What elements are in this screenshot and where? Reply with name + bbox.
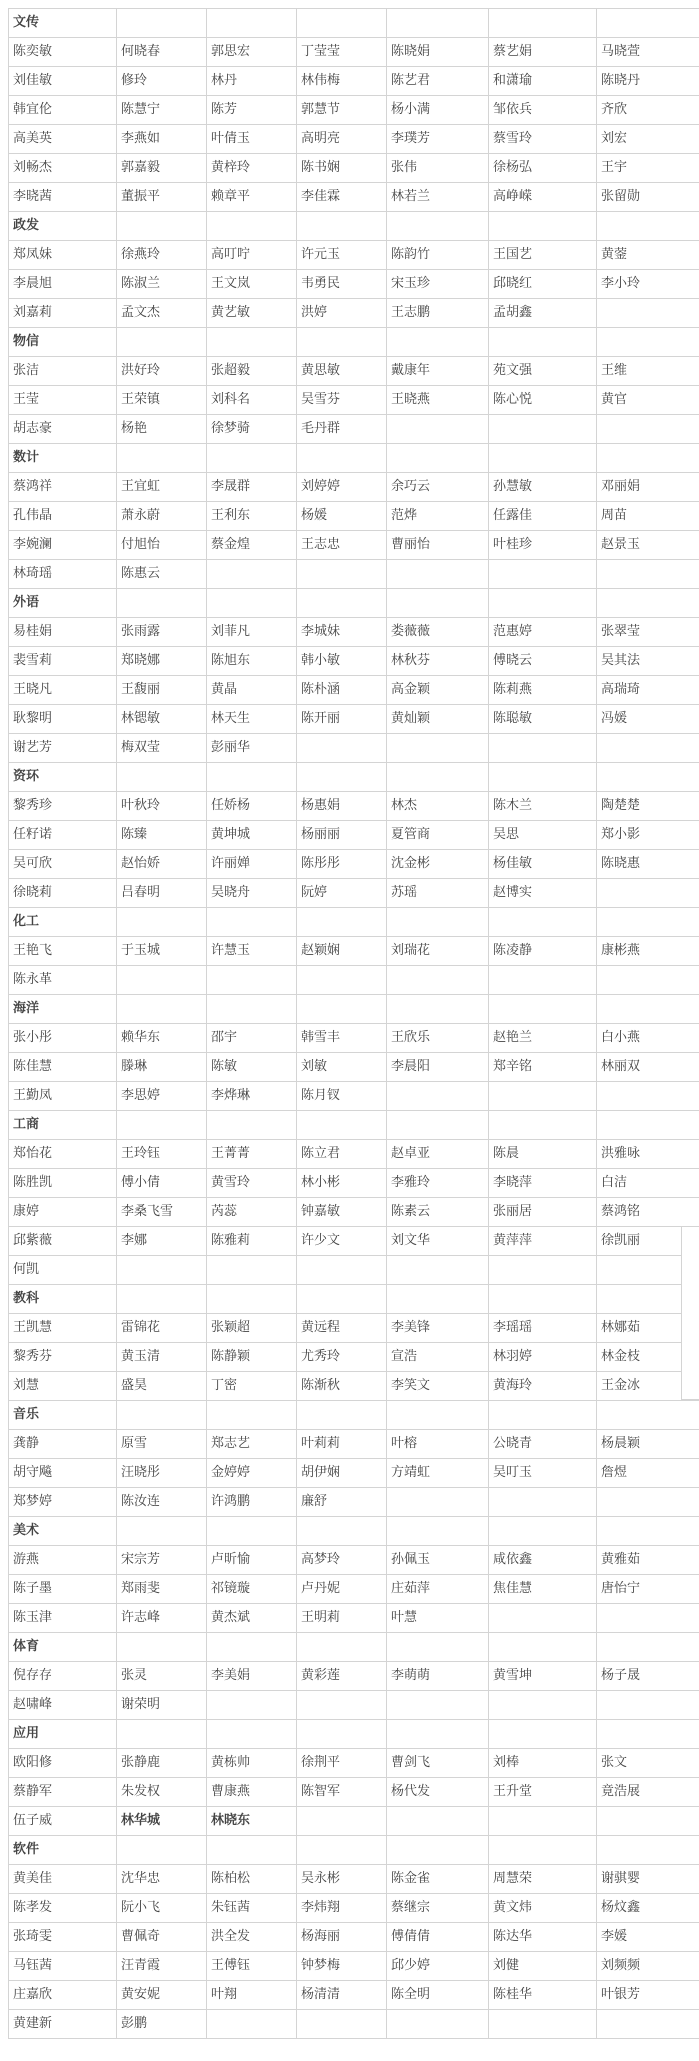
empty-cell — [387, 589, 489, 618]
name-cell: 王莹 — [9, 386, 117, 415]
name-cell: 陈凌静 — [489, 937, 597, 966]
name-cell: 欧阳修 — [9, 1749, 117, 1778]
name-cell: 杨海丽 — [297, 1923, 387, 1952]
name-cell: 韩雪丰 — [297, 1024, 387, 1053]
name-cell: 宋宗芳 — [117, 1546, 207, 1575]
name-cell: 高金颖 — [387, 676, 489, 705]
name-cell: 何凯 — [9, 1256, 117, 1285]
name-cell: 杨炆鑫 — [597, 1894, 699, 1923]
name-cell: 王馥丽 — [117, 676, 207, 705]
roster-table: 文传陈奕敏何晓春郭思宏丁莹莹陈晓娟蔡艺娟马晓萱刘佳敏修玲林丹林伟梅陈艺君和潇瑜陈… — [8, 8, 699, 2039]
name-cell: 陈奕敏 — [9, 38, 117, 67]
name-cell: 沈金彬 — [387, 850, 489, 879]
name-cell: 张留勋 — [597, 183, 699, 212]
empty-cell — [597, 1633, 699, 1662]
name-cell: 高梦玲 — [297, 1546, 387, 1575]
section-header-row: 音乐 — [9, 1401, 699, 1430]
name-cell: 徐燕玲 — [117, 241, 207, 270]
table-row: 邱紫薇李娜陈雅莉许少文刘文华黄萍萍徐凯丽 — [9, 1227, 699, 1256]
empty-cell — [489, 1517, 597, 1546]
table-row: 吴可欣赵怡娇许丽婵陈彤彤沈金彬杨佳敏陈晓惠 — [9, 850, 699, 879]
name-cell: 王傅钰 — [207, 1952, 297, 1981]
name-cell: 傅晓云 — [489, 647, 597, 676]
name-cell: 王国艺 — [489, 241, 597, 270]
name-cell: 吴可欣 — [9, 850, 117, 879]
empty-cell — [489, 908, 597, 937]
table-row: 谢艺芳梅双莹彭丽华 — [9, 734, 699, 763]
empty-cell — [207, 1517, 297, 1546]
name-cell: 黄玉清 — [117, 1343, 207, 1372]
name-cell: 焦佳慧 — [489, 1575, 597, 1604]
name-cell: 庄嘉欣 — [9, 1981, 117, 2010]
empty-cell — [207, 444, 297, 473]
empty-cell — [117, 444, 207, 473]
name-cell: 阮婷 — [297, 879, 387, 908]
name-cell: 余巧云 — [387, 473, 489, 502]
roster-table-body: 文传陈奕敏何晓春郭思宏丁莹莹陈晓娟蔡艺娟马晓萱刘佳敏修玲林丹林伟梅陈艺君和潇瑜陈… — [9, 9, 699, 2039]
empty-cell — [117, 1633, 207, 1662]
empty-cell — [297, 212, 387, 241]
name-cell: 黎秀珍 — [9, 792, 117, 821]
name-cell: 杨代发 — [387, 1778, 489, 1807]
empty-cell — [597, 1807, 699, 1836]
table-row: 张洁洪好玲张超毅黄思敏戴康年苑文强王维 — [9, 357, 699, 386]
name-cell: 黄雅茹 — [597, 1546, 699, 1575]
section-header-row: 物信 — [9, 328, 699, 357]
empty-cell — [387, 1488, 489, 1517]
empty-cell — [489, 444, 597, 473]
name-cell: 张颖超 — [207, 1314, 297, 1343]
name-cell: 孟胡鑫 — [489, 299, 597, 328]
name-cell: 周苗 — [597, 502, 699, 531]
name-cell: 黄雪坤 — [489, 1662, 597, 1691]
name-cell: 唐怡宁 — [597, 1575, 699, 1604]
name-cell: 陈渐秋 — [297, 1372, 387, 1401]
name-cell: 郑小影 — [597, 821, 699, 850]
name-cell: 庄茹萍 — [387, 1575, 489, 1604]
name-cell: 黄坤城 — [207, 821, 297, 850]
empty-cell — [207, 9, 297, 38]
name-cell: 黄梓玲 — [207, 154, 297, 183]
empty-cell — [117, 1285, 207, 1314]
empty-cell — [297, 1836, 387, 1865]
empty-cell — [387, 1836, 489, 1865]
table-row: 张小彤赖华东邵宇韩雪丰王欣乐赵艳兰白小燕 — [9, 1024, 699, 1053]
empty-cell — [489, 212, 597, 241]
name-cell: 叶银芳 — [597, 1981, 699, 2010]
table-row: 欧阳修张静鹿黄栋帅徐荆平曹剑飞刘棒张文 — [9, 1749, 699, 1778]
empty-cell — [297, 560, 387, 589]
name-cell: 林丹 — [207, 67, 297, 96]
name-cell: 许元玉 — [297, 241, 387, 270]
name-cell: 陈朴涵 — [297, 676, 387, 705]
name-cell: 王志忠 — [297, 531, 387, 560]
table-row: 耿黎明林锶敏林天生陈开丽黄灿颖陈聪敏冯媛 — [9, 705, 699, 734]
name-cell: 陈玉津 — [9, 1604, 117, 1633]
empty-cell — [597, 1517, 699, 1546]
name-cell: 叶倩玉 — [207, 125, 297, 154]
empty-cell — [297, 966, 387, 995]
name-cell: 朱钰茜 — [207, 1894, 297, 1923]
name-cell: 吴思 — [489, 821, 597, 850]
name-cell: 范烨 — [387, 502, 489, 531]
name-cell: 丁莹莹 — [297, 38, 387, 67]
name-cell: 陈素云 — [387, 1198, 489, 1227]
name-cell: 叶桂珍 — [489, 531, 597, 560]
name-cell: 刘婷婷 — [297, 473, 387, 502]
name-cell: 裴雪莉 — [9, 647, 117, 676]
name-cell: 叶莉莉 — [297, 1430, 387, 1459]
name-cell: 孔伟晶 — [9, 502, 117, 531]
name-cell: 陈达华 — [489, 1923, 597, 1952]
name-cell: 金婷婷 — [207, 1459, 297, 1488]
name-cell: 蔡静军 — [9, 1778, 117, 1807]
name-cell: 高瑞琦 — [597, 676, 699, 705]
name-cell: 任籽诺 — [9, 821, 117, 850]
name-cell: 杨清清 — [297, 1981, 387, 2010]
name-cell: 宋玉珍 — [387, 270, 489, 299]
name-cell: 周慧荣 — [489, 1865, 597, 1894]
name-cell: 方靖虹 — [387, 1459, 489, 1488]
name-cell: 毛丹群 — [297, 415, 387, 444]
empty-cell — [387, 2010, 489, 2039]
name-cell: 刘频频 — [597, 1952, 699, 1981]
name-cell: 林丽双 — [597, 1053, 699, 1082]
empty-cell — [297, 1401, 387, 1430]
name-cell: 李美娟 — [207, 1662, 297, 1691]
empty-cell — [489, 1082, 597, 1111]
table-row: 陈胜凯傅小倩黄雪玲林小彬李雅玲李晓萍白洁 — [9, 1169, 699, 1198]
name-cell: 雷锦花 — [117, 1314, 207, 1343]
table-row: 陈玉津许志峰黄杰斌王明莉叶慧 — [9, 1604, 699, 1633]
name-cell: 马晓萱 — [597, 38, 699, 67]
name-cell: 李雅玲 — [387, 1169, 489, 1198]
name-cell: 张文 — [597, 1749, 699, 1778]
table-row: 伍子威林华城林晓东 — [9, 1807, 699, 1836]
name-cell: 谢艺芳 — [9, 734, 117, 763]
name-cell: 陈韵竹 — [387, 241, 489, 270]
name-cell: 咸依鑫 — [489, 1546, 597, 1575]
name-cell: 林晓东 — [207, 1807, 297, 1836]
name-cell: 萧永蔚 — [117, 502, 207, 531]
name-cell: 张丽居 — [489, 1198, 597, 1227]
name-cell: 陈孝发 — [9, 1894, 117, 1923]
name-cell: 陶楚楚 — [597, 792, 699, 821]
empty-cell — [489, 995, 597, 1024]
empty-cell — [489, 1807, 597, 1836]
table-row: 孔伟晶萧永蔚王利东杨媛范烨任露佳周苗 — [9, 502, 699, 531]
name-cell: 高美英 — [9, 125, 117, 154]
empty-cell — [297, 1256, 387, 1285]
name-cell: 郭嘉毅 — [117, 154, 207, 183]
empty-cell — [597, 212, 699, 241]
name-cell: 杨惠娟 — [297, 792, 387, 821]
name-cell: 詹煜 — [597, 1459, 699, 1488]
name-cell: 范惠婷 — [489, 618, 597, 647]
section-title: 政发 — [9, 212, 117, 241]
name-cell: 陈立君 — [297, 1140, 387, 1169]
section-header-row: 软件 — [9, 1836, 699, 1865]
name-cell: 李萌萌 — [387, 1662, 489, 1691]
name-cell: 黄彩莲 — [297, 1662, 387, 1691]
name-cell: 黄雪玲 — [207, 1169, 297, 1198]
section-title: 工商 — [9, 1111, 117, 1140]
empty-cell — [489, 1604, 597, 1633]
empty-cell — [387, 1633, 489, 1662]
name-cell: 丁密 — [207, 1372, 297, 1401]
name-cell: 苑文强 — [489, 357, 597, 386]
table-row: 康婷李桑飞雪芮蕊钟嘉敏陈素云张丽居蔡鸿铭 — [9, 1198, 699, 1227]
empty-cell — [489, 734, 597, 763]
name-cell: 郑志艺 — [207, 1430, 297, 1459]
table-row: 龚静原雪郑志艺叶莉莉叶榕公晓青杨晨颖 — [9, 1430, 699, 1459]
name-cell: 林天生 — [207, 705, 297, 734]
name-cell: 吴晓舟 — [207, 879, 297, 908]
empty-cell — [297, 1807, 387, 1836]
name-cell: 王宜虹 — [117, 473, 207, 502]
empty-cell — [117, 966, 207, 995]
section-title: 应用 — [9, 1720, 117, 1749]
name-cell: 张洁 — [9, 357, 117, 386]
name-cell: 孙佩玉 — [387, 1546, 489, 1575]
table-row: 王晓凡王馥丽黄晶陈朴涵高金颖陈莉燕高瑞琦 — [9, 676, 699, 705]
table-row: 高美英李燕如叶倩玉高明亮李璞芳蔡雪玲刘宏 — [9, 125, 699, 154]
table-row: 王莹王荣镇刘科名吴雪芬王晓燕陈心悦黄官 — [9, 386, 699, 415]
name-cell: 陈月钗 — [297, 1082, 387, 1111]
name-cell: 康彬燕 — [597, 937, 699, 966]
name-cell: 刘健 — [489, 1952, 597, 1981]
name-cell: 陈芳 — [207, 96, 297, 125]
table-row: 李晨旭陈淑兰王文岚韦勇民宋玉珍邱晓红李小玲 — [9, 270, 699, 299]
empty-cell — [387, 560, 489, 589]
empty-cell — [597, 299, 699, 328]
name-cell: 任露佳 — [489, 502, 597, 531]
name-cell: 高叮咛 — [207, 241, 297, 270]
name-cell: 王艳飞 — [9, 937, 117, 966]
name-cell: 陈心悦 — [489, 386, 597, 415]
name-cell: 曹佩奇 — [117, 1923, 207, 1952]
empty-cell — [597, 560, 699, 589]
name-cell: 倪存存 — [9, 1662, 117, 1691]
name-cell: 杨丽丽 — [297, 821, 387, 850]
name-cell: 吴雪芬 — [297, 386, 387, 415]
name-cell: 赖华东 — [117, 1024, 207, 1053]
empty-cell — [387, 212, 489, 241]
table-row: 庄嘉欣黄安妮叶翔杨清清陈全明陈桂华叶银芳 — [9, 1981, 699, 2010]
name-cell: 赵啸峰 — [9, 1691, 117, 1720]
empty-cell — [117, 1256, 207, 1285]
empty-cell — [207, 966, 297, 995]
name-cell: 张翠莹 — [597, 618, 699, 647]
name-cell: 李媛 — [597, 1923, 699, 1952]
empty-cell — [597, 1401, 699, 1430]
name-cell: 龚静 — [9, 1430, 117, 1459]
name-cell: 杨佳敏 — [489, 850, 597, 879]
name-cell: 娄薇薇 — [387, 618, 489, 647]
name-cell: 傅倩倩 — [387, 1923, 489, 1952]
table-row: 郑梦婷陈汝连许鸿鹏廉舒 — [9, 1488, 699, 1517]
name-cell: 朱发权 — [117, 1778, 207, 1807]
empty-cell — [207, 1285, 297, 1314]
name-cell: 陈晓惠 — [597, 850, 699, 879]
name-cell: 李佳霖 — [297, 183, 387, 212]
empty-cell — [207, 908, 297, 937]
empty-cell — [597, 763, 699, 792]
name-cell: 杨媛 — [297, 502, 387, 531]
empty-cell — [597, 1488, 699, 1517]
name-cell: 张雨露 — [117, 618, 207, 647]
name-cell: 王维 — [597, 357, 699, 386]
name-cell: 陈子墨 — [9, 1575, 117, 1604]
name-cell: 郭思宏 — [207, 38, 297, 67]
name-cell: 祁镜璇 — [207, 1575, 297, 1604]
table-row: 陈永革 — [9, 966, 699, 995]
empty-cell — [387, 328, 489, 357]
section-title: 美术 — [9, 1517, 117, 1546]
name-cell: 张伟 — [387, 154, 489, 183]
name-cell: 陈莉燕 — [489, 676, 597, 705]
empty-cell — [597, 444, 699, 473]
section-title: 物信 — [9, 328, 117, 357]
empty-cell — [597, 1111, 699, 1140]
name-cell: 黄艺敏 — [207, 299, 297, 328]
name-cell: 赵颖娴 — [297, 937, 387, 966]
name-cell: 陈惠云 — [117, 560, 207, 589]
name-cell: 陈汝连 — [117, 1488, 207, 1517]
empty-cell — [489, 1285, 597, 1314]
name-cell: 谢骐婴 — [597, 1865, 699, 1894]
name-cell: 耿黎明 — [9, 705, 117, 734]
name-cell: 张静鹿 — [117, 1749, 207, 1778]
name-cell: 卢昕愉 — [207, 1546, 297, 1575]
empty-cell — [489, 9, 597, 38]
name-cell: 李晓茜 — [9, 183, 117, 212]
name-cell: 张小彤 — [9, 1024, 117, 1053]
table-row: 裴雪莉郑晓娜陈旭东韩小敏林秋芬傅晓云吴其法 — [9, 647, 699, 676]
name-cell: 陈晓丹 — [597, 67, 699, 96]
name-cell: 孟文杰 — [117, 299, 207, 328]
empty-cell — [207, 589, 297, 618]
name-cell: 陈彤彤 — [297, 850, 387, 879]
name-cell: 刘宏 — [597, 125, 699, 154]
name-cell: 杨小满 — [387, 96, 489, 125]
empty-cell — [489, 966, 597, 995]
name-cell: 郑辛铭 — [489, 1053, 597, 1082]
table-row: 郑凤妹徐燕玲高叮咛许元玉陈韵竹王国艺黄蓥 — [9, 241, 699, 270]
name-cell: 王志鹏 — [387, 299, 489, 328]
name-cell: 何晓春 — [117, 38, 207, 67]
empty-cell — [597, 1836, 699, 1865]
name-cell: 黄安妮 — [117, 1981, 207, 2010]
name-cell: 张超毅 — [207, 357, 297, 386]
table-row: 李婉澜付旭怡蔡金煌王志忠曹丽怡叶桂珍赵景玉 — [9, 531, 699, 560]
table-row: 游燕宋宗芳卢昕愉高梦玲孙佩玉咸依鑫黄雅茹 — [9, 1546, 699, 1575]
name-cell: 付旭怡 — [117, 531, 207, 560]
name-cell: 廉舒 — [297, 1488, 387, 1517]
empty-cell — [117, 589, 207, 618]
name-cell: 陈旭东 — [207, 647, 297, 676]
name-cell: 刘佳敏 — [9, 67, 117, 96]
empty-cell — [489, 2010, 597, 2039]
name-cell: 李美锋 — [387, 1314, 489, 1343]
name-cell: 齐欣 — [597, 96, 699, 125]
table-row: 韩宜伦陈慧宁陈芳郭慧节杨小满邹依兵齐欣 — [9, 96, 699, 125]
name-cell: 李烨琳 — [207, 1082, 297, 1111]
empty-cell — [297, 1517, 387, 1546]
empty-cell — [117, 995, 207, 1024]
empty-cell — [489, 1111, 597, 1140]
empty-cell — [297, 589, 387, 618]
section-header-row: 数计 — [9, 444, 699, 473]
name-cell: 刘科名 — [207, 386, 297, 415]
name-cell: 陈智军 — [297, 1778, 387, 1807]
name-cell: 林华城 — [117, 1807, 207, 1836]
empty-cell — [297, 1720, 387, 1749]
name-cell: 邹依兵 — [489, 96, 597, 125]
empty-cell — [117, 1836, 207, 1865]
empty-cell — [387, 415, 489, 444]
name-cell: 王明莉 — [297, 1604, 387, 1633]
table-row: 蔡静军朱发权曹康燕陈智军杨代发王升堂竟浩展 — [9, 1778, 699, 1807]
name-cell: 林伟梅 — [297, 67, 387, 96]
name-cell: 黄栋帅 — [207, 1749, 297, 1778]
name-cell: 陈永革 — [9, 966, 117, 995]
table-row: 何凯 — [9, 1256, 699, 1285]
name-cell: 李桑飞雪 — [117, 1198, 207, 1227]
name-cell: 李炜翔 — [297, 1894, 387, 1923]
name-cell: 陈金雀 — [387, 1865, 489, 1894]
name-cell: 王宇 — [597, 154, 699, 183]
table-row: 胡志豪杨艳徐梦骑毛丹群 — [9, 415, 699, 444]
empty-cell — [207, 2010, 297, 2039]
name-cell: 陈聪敏 — [489, 705, 597, 734]
name-cell: 张琦雯 — [9, 1923, 117, 1952]
name-cell: 夏管商 — [387, 821, 489, 850]
table-row: 胡守飚汪晓彤金婷婷胡伊娴方靖虹吴叮玉詹煜 — [9, 1459, 699, 1488]
table-row: 刘嘉莉孟文杰黄艺敏洪婷王志鹏孟胡鑫 — [9, 299, 699, 328]
table-row: 刘畅杰郭嘉毅黄梓玲陈书娴张伟徐杨弘王宇 — [9, 154, 699, 183]
name-cell: 林杰 — [387, 792, 489, 821]
name-cell: 邱少婷 — [387, 1952, 489, 1981]
section-title: 外语 — [9, 589, 117, 618]
name-cell: 王利东 — [207, 502, 297, 531]
empty-cell — [387, 966, 489, 995]
name-cell: 黄萍萍 — [489, 1227, 597, 1256]
name-cell: 陈慧宁 — [117, 96, 207, 125]
name-cell: 叶秋玲 — [117, 792, 207, 821]
name-cell: 阮小飞 — [117, 1894, 207, 1923]
empty-cell — [207, 1401, 297, 1430]
empty-cell — [489, 415, 597, 444]
name-cell: 徐杨弘 — [489, 154, 597, 183]
empty-cell — [387, 1111, 489, 1140]
empty-cell — [297, 444, 387, 473]
table-row: 张琦雯曹佩奇洪全发杨海丽傅倩倩陈达华李媛 — [9, 1923, 699, 1952]
name-cell: 黎秀芬 — [9, 1343, 117, 1372]
empty-cell — [207, 1691, 297, 1720]
name-cell: 林小彬 — [297, 1169, 387, 1198]
name-cell: 林锶敏 — [117, 705, 207, 734]
name-cell: 叶翔 — [207, 1981, 297, 2010]
name-cell: 白小燕 — [597, 1024, 699, 1053]
name-cell: 陈佳慧 — [9, 1053, 117, 1082]
name-cell: 王菁菁 — [207, 1140, 297, 1169]
table-row: 李晓茜董振平赖章平李佳霖林若兰高峥嵘张留勋 — [9, 183, 699, 212]
section-title: 化工 — [9, 908, 117, 937]
name-cell: 韩宜伦 — [9, 96, 117, 125]
empty-cell — [597, 9, 699, 38]
empty-cell — [489, 1401, 597, 1430]
